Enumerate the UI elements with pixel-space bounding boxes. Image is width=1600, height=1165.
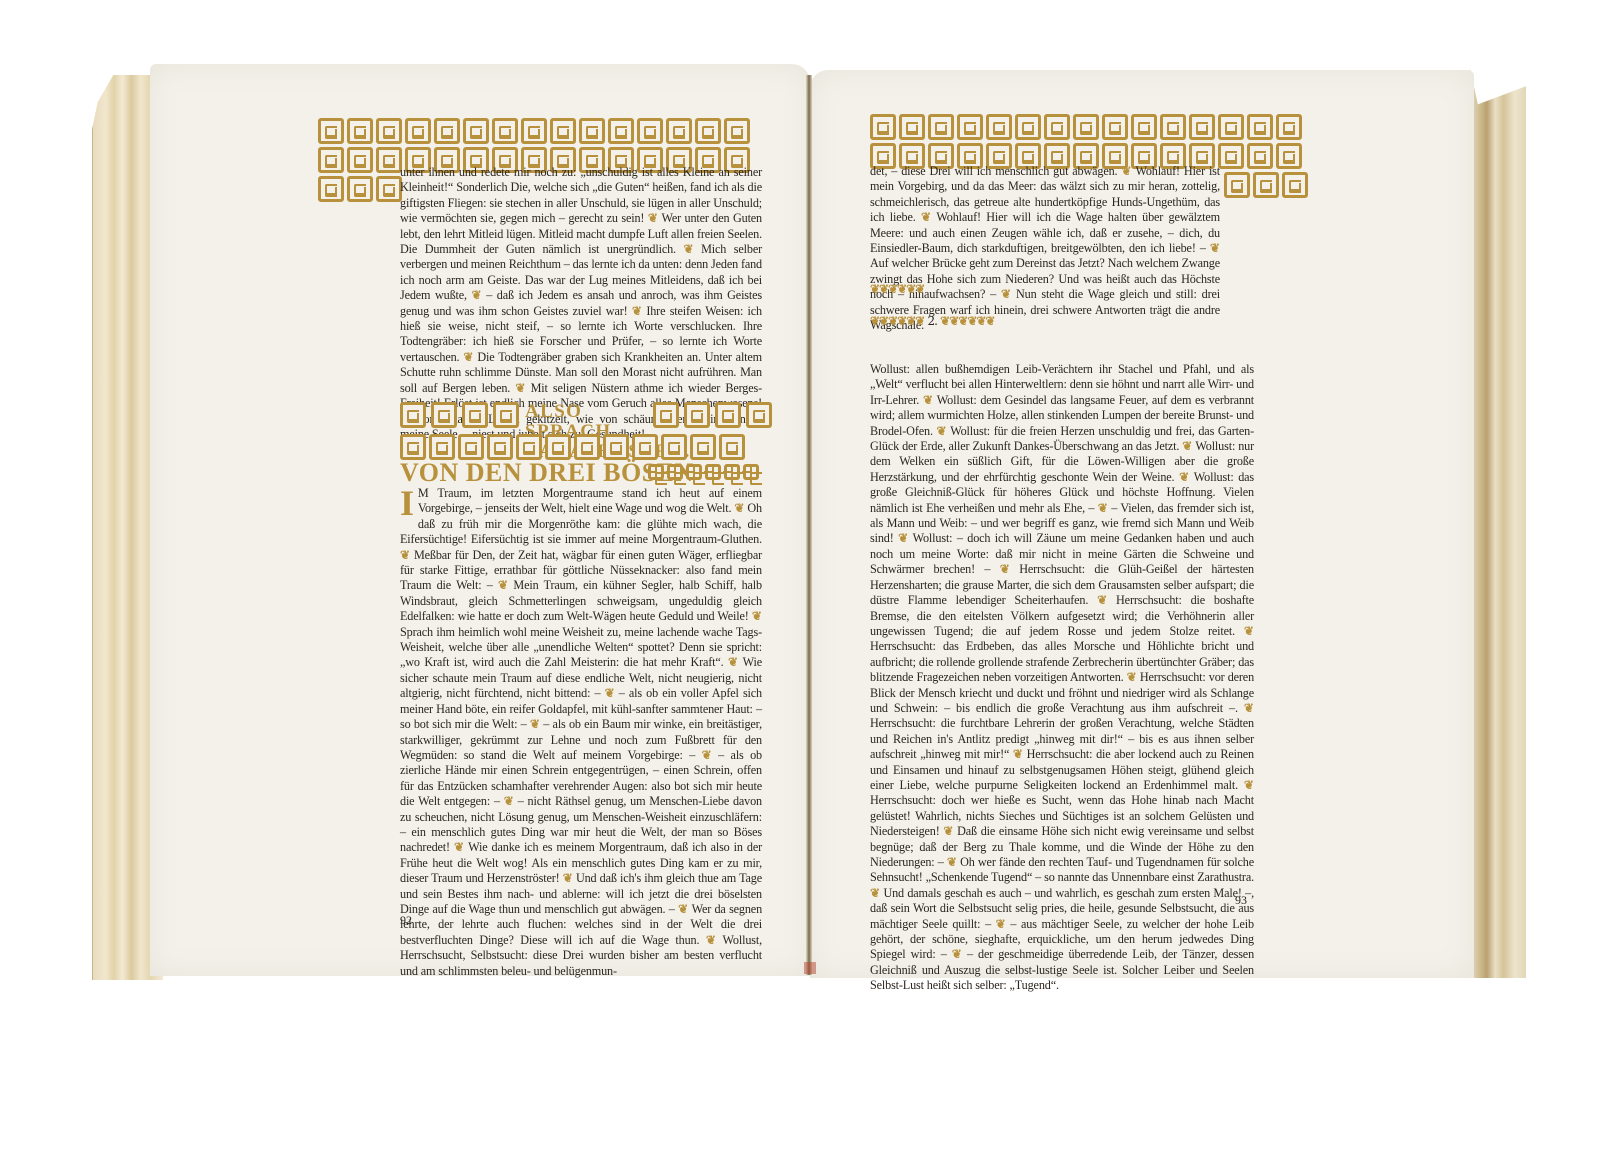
paragraph-mark-icon: ❦ xyxy=(731,501,747,515)
paragraph-mark-icon: ❦ xyxy=(510,381,530,395)
spiral-ornament-icon xyxy=(545,434,571,460)
spiral-ornament-icon xyxy=(899,114,925,140)
spiral-ornament-icon xyxy=(579,118,605,144)
paragraph-mark-icon: ❦ xyxy=(1179,439,1195,453)
section-number: 2. xyxy=(928,314,937,328)
spiral-ornament-icon xyxy=(516,434,542,460)
spiral-ornament-icon xyxy=(405,118,431,144)
spiral-ornament-icon xyxy=(376,147,402,173)
paragraph-mark-icon: ❦ xyxy=(676,242,701,256)
paragraph-mark-icon: ❦ xyxy=(493,578,514,592)
page-number-right: 93 xyxy=(1235,893,1247,908)
spiral-ornament-icon xyxy=(743,464,759,480)
paragraph-mark-icon: ❦ xyxy=(467,288,486,302)
paragraph-mark-icon: ❦ xyxy=(1094,501,1111,515)
vine-ornament: ❦❦❦❦❦❦ xyxy=(870,282,924,296)
open-book: unter ihnen und redete mir noch zu: „uns… xyxy=(0,0,1600,1165)
paragraph-mark-icon: ❦ xyxy=(1174,470,1193,484)
spiral-ornament-icon xyxy=(1253,172,1279,198)
spiral-ornament-icon xyxy=(686,464,702,480)
paragraph-mark-icon: ❦ xyxy=(500,794,518,808)
spiral-ornament-icon xyxy=(434,118,460,144)
paragraph-mark-icon: ❦ xyxy=(916,210,937,224)
right-top-ornament xyxy=(870,114,1302,169)
spiral-ornament-icon xyxy=(746,402,772,428)
spiral-ornament-icon xyxy=(318,147,344,173)
paragraph-mark-icon: ❦ xyxy=(400,548,414,562)
paragraph-mark-icon: ❦ xyxy=(1117,164,1135,178)
spiral-ornament-icon xyxy=(487,434,513,460)
spiral-ornament-icon xyxy=(705,464,721,480)
left-body-chapter: IM Traum, im letzten Morgentraume stand … xyxy=(400,486,762,979)
spiral-ornament-icon xyxy=(493,402,519,428)
spiral-ornament-icon xyxy=(462,402,488,428)
spiral-ornament-icon xyxy=(719,434,745,460)
right-top-ornament-tail xyxy=(1224,172,1308,198)
spiral-ornament-icon xyxy=(347,118,373,144)
text-passage: M Traum, im letzten Morgentraume stand i… xyxy=(418,486,762,515)
paragraph-mark-icon: ❦ xyxy=(933,424,950,438)
spiral-ornament-icon xyxy=(724,118,750,144)
spiral-ornament-icon xyxy=(661,434,687,460)
spiral-ornament-icon xyxy=(715,402,741,428)
spiral-ornament-icon xyxy=(400,402,426,428)
spiral-ornament-icon xyxy=(318,118,344,144)
text-passage: det, – diese Drei will ich menschlich gu… xyxy=(870,164,1117,178)
spiral-ornament-icon xyxy=(458,434,484,460)
spiral-ornament-icon xyxy=(667,464,683,480)
paragraph-mark-icon: ❦ xyxy=(1009,747,1026,761)
spiral-ornament-icon xyxy=(1189,114,1215,140)
paragraph-mark-icon: ❦ xyxy=(996,287,1016,301)
spiral-ornament-icon xyxy=(1276,143,1302,169)
spiral-ornament-icon xyxy=(400,434,426,460)
spiral-ornament-icon xyxy=(1276,114,1302,140)
spiral-ornament-icon xyxy=(986,114,1012,140)
spiral-ornament-icon xyxy=(376,118,402,144)
paragraph-mark-icon: ❦ xyxy=(628,304,647,318)
spiral-ornament-icon xyxy=(1224,172,1250,198)
spiral-ornament-icon xyxy=(957,114,983,140)
paragraph-mark-icon: ❦ xyxy=(991,917,1010,931)
spiral-ornament-icon xyxy=(429,434,455,460)
drop-cap: I xyxy=(400,488,414,518)
spiral-ornament-icon xyxy=(724,464,740,480)
spiral-ornament-icon xyxy=(1218,143,1244,169)
spiral-ornament-icon xyxy=(648,464,664,480)
headband-mark xyxy=(804,962,816,974)
paragraph-mark-icon: ❦ xyxy=(1235,624,1254,638)
spiral-ornament-icon xyxy=(347,147,373,173)
spiral-ornament-icon xyxy=(318,176,344,202)
paragraph-mark-icon: ❦ xyxy=(675,902,692,916)
spiral-ornament-icon xyxy=(870,114,896,140)
paragraph-mark-icon: ❦ xyxy=(944,855,960,869)
spiral-ornament-icon xyxy=(1160,114,1186,140)
page-number-left: 92 xyxy=(400,913,412,928)
paragraph-mark-icon: ❦ xyxy=(947,947,967,961)
spiral-ornament-icon xyxy=(1218,114,1244,140)
vine-ornament-row-1: ❦❦❦❦❦❦ xyxy=(870,282,924,296)
paragraph-mark-icon: ❦ xyxy=(1238,778,1254,792)
spiral-ornament-icon xyxy=(550,118,576,144)
spiral-ornament-icon xyxy=(1102,114,1128,140)
colophon-ornament-row xyxy=(400,434,745,460)
paragraph-mark-icon: ❦ xyxy=(940,824,958,838)
spiral-ornament-icon xyxy=(1282,172,1308,198)
paragraph-mark-icon: ❦ xyxy=(1238,701,1254,715)
paragraph-mark-icon: ❦ xyxy=(749,609,762,623)
paragraph-mark-icon: ❦ xyxy=(1206,241,1220,255)
spiral-ornament-icon xyxy=(608,118,634,144)
paragraph-mark-icon: ❦ xyxy=(695,748,718,762)
spiral-ornament-icon xyxy=(1015,114,1041,140)
spiral-ornament-icon xyxy=(637,118,663,144)
spiral-ornament-icon xyxy=(690,434,716,460)
spiral-ornament-icon xyxy=(431,402,457,428)
paragraph-mark-icon: ❦ xyxy=(600,686,618,700)
paragraph-mark-icon: ❦ xyxy=(450,840,468,854)
paragraph-mark-icon: ❦ xyxy=(699,933,722,947)
book-gutter xyxy=(806,75,812,975)
vine-ornament: ❦❦❦❦❦❦ xyxy=(870,314,924,328)
spiral-ornament-icon xyxy=(1073,114,1099,140)
spiral-ornament-icon xyxy=(653,402,679,428)
paragraph-mark-icon: ❦ xyxy=(724,655,743,669)
paragraph-mark-icon: ❦ xyxy=(919,393,937,407)
paragraph-mark-icon: ❦ xyxy=(870,886,883,900)
section-number-row: ❦❦❦❦❦❦ 2. ❦❦❦❦❦❦ xyxy=(870,314,994,328)
paragraph-mark-icon: ❦ xyxy=(1124,670,1140,684)
paragraph-mark-icon: ❦ xyxy=(560,871,576,885)
paragraph-mark-icon: ❦ xyxy=(894,531,913,545)
spiral-ornament-icon xyxy=(695,118,721,144)
spiral-ornament-icon xyxy=(928,114,954,140)
spiral-ornament-icon xyxy=(463,118,489,144)
spiral-ornament-icon xyxy=(666,118,692,144)
spiral-ornament-icon xyxy=(347,176,373,202)
paragraph-mark-icon: ❦ xyxy=(1088,593,1116,607)
text-passage: Sprach ihm heimlich wohl meine Weisheit … xyxy=(400,625,762,670)
right-body-section: Wollust: allen bußhemdigen Leib-Verächte… xyxy=(870,362,1254,994)
vine-ornament: ❦❦❦❦❦❦ xyxy=(940,314,994,328)
spiral-ornament-icon xyxy=(603,434,629,460)
spiral-ornament-icon xyxy=(1131,114,1157,140)
spiral-ornament-icon xyxy=(1044,114,1070,140)
paragraph-mark-icon: ❦ xyxy=(459,350,477,364)
spiral-ornament-icon xyxy=(521,118,547,144)
right-body: det, – diese Drei will ich menschlich gu… xyxy=(870,164,1220,333)
spiral-ornament-icon xyxy=(684,402,710,428)
chapter-title-ornament xyxy=(648,464,759,480)
paragraph-mark-icon: ❦ xyxy=(990,562,1019,576)
spiral-ornament-icon xyxy=(574,434,600,460)
right-fore-edge xyxy=(1470,68,1526,978)
paragraph-mark-icon: ❦ xyxy=(527,717,544,731)
paragraph-mark-icon: ❦ xyxy=(644,211,661,225)
spiral-ornament-icon xyxy=(1247,114,1273,140)
spiral-ornament-icon xyxy=(376,176,402,202)
spiral-ornament-icon xyxy=(1247,143,1273,169)
spiral-ornament-icon xyxy=(492,118,518,144)
spiral-ornament-icon xyxy=(632,434,658,460)
